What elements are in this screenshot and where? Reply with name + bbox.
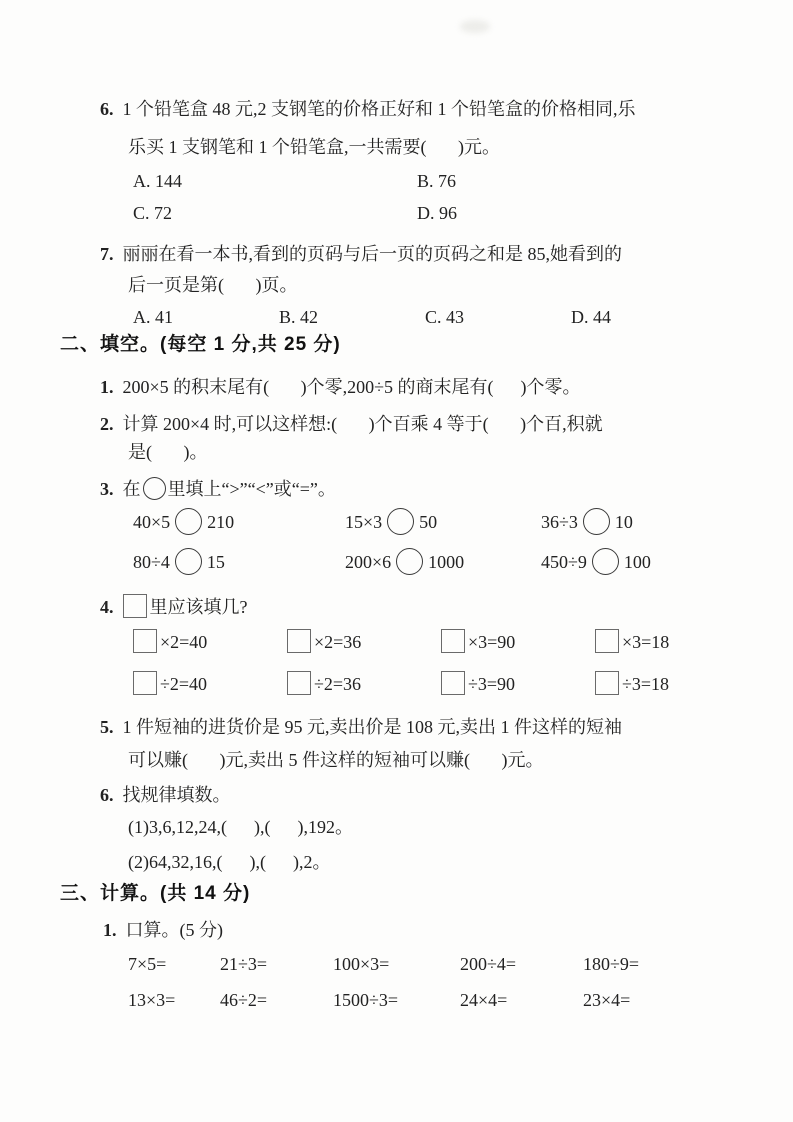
q6-number: 6. (100, 99, 114, 119)
s2q2-number: 2. (100, 414, 114, 434)
oral-equation: 1500÷3= (333, 986, 460, 1014)
scan-artifact (460, 20, 490, 33)
oral-equation: 180÷9= (583, 950, 639, 978)
oral-equation: 13×3= (128, 986, 220, 1014)
fill-equation: ÷3=90 (468, 674, 515, 694)
compare-item: 15×350 (345, 508, 541, 536)
blank-square-icon (123, 594, 147, 618)
q7-text1: 丽丽在看一本书,看到的页码与后一页的页码之和是 85,她看到的 (123, 244, 623, 264)
blank-square-icon (287, 629, 311, 653)
s2q5-line1: 5.1 件短袖的进货价是 95 元,卖出价是 108 元,卖出 1 件这样的短袖 (100, 713, 622, 741)
oral-equation: 7×5= (128, 950, 220, 978)
q6-option-a: A. 144 (133, 167, 417, 195)
compare-circle-icon (592, 548, 619, 575)
s2q5-number: 5. (100, 717, 114, 737)
oral-calc-row2: 13×3= 46÷2= 1500÷3= 24×4= 23×4= (128, 986, 630, 1014)
q6-option-b: B. 76 (417, 167, 456, 195)
compare-circle-icon (143, 477, 166, 500)
fill-item: ÷3=18 (595, 670, 749, 698)
s2q4-row1: ×2=40 ×2=36 ×3=90 ×3=18 (133, 628, 749, 656)
s2q1-line1: 1.200×5 的积末尾有( )个零,200÷5 的商末尾有( )个零。 (100, 373, 581, 401)
compare-left: 200×6 (345, 552, 391, 572)
s2q2-text1: 计算 200×4 时,可以这样想:( )个百乘 4 等于( )个百,积就 (123, 414, 603, 434)
fill-item: ÷2=40 (133, 670, 287, 698)
fill-equation: ×2=36 (314, 632, 361, 652)
oral-equation: 24×4= (460, 986, 583, 1014)
s2q6-number: 6. (100, 785, 114, 805)
fill-equation: ÷2=36 (314, 674, 361, 694)
compare-left: 450÷9 (541, 552, 587, 572)
q7-option-a: A. 41 (133, 303, 279, 331)
blank-square-icon (133, 629, 157, 653)
q7-option-d: D. 44 (571, 303, 717, 331)
fill-item: ÷3=90 (441, 670, 595, 698)
oral-equation: 46÷2= (220, 986, 333, 1014)
q6-text1: 1 个铅笔盒 48 元,2 支钢笔的价格正好和 1 个铅笔盒的价格相同,乐 (123, 99, 636, 119)
fill-item: ÷2=36 (287, 670, 441, 698)
compare-circle-icon (175, 548, 202, 575)
s2q3-head-post: 里填上“>”“<”或“=”。 (168, 479, 336, 499)
compare-item: 200×61000 (345, 548, 541, 576)
compare-circle-icon (396, 548, 423, 575)
compare-item: 40×5210 (133, 508, 345, 536)
s2q6-sub1: (1)3,6,12,24,( ),( ),192。 (128, 813, 353, 841)
q7-number: 7. (100, 244, 114, 264)
compare-item: 36÷310 (541, 508, 633, 536)
q6-line2: 乐买 1 支钢笔和 1 个铅笔盒,一共需要( )元。 (128, 133, 500, 161)
blank-square-icon (133, 671, 157, 695)
compare-right: 210 (207, 512, 234, 532)
q7-option-c: C. 43 (425, 303, 571, 331)
s2q3-head: 3.在里填上“>”“<”或“=”。 (100, 475, 336, 503)
section2-heading: 二、填空。(每空 1 分,共 25 分) (60, 331, 341, 359)
q6-line1: 6.1 个铅笔盒 48 元,2 支钢笔的价格正好和 1 个铅笔盒的价格相同,乐 (100, 95, 636, 123)
compare-item: 450÷9100 (541, 548, 651, 576)
compare-left: 40×5 (133, 512, 170, 532)
q6-option-c: C. 72 (133, 199, 417, 227)
s3q1-text: 口算。(5 分) (126, 920, 224, 940)
compare-circle-icon (583, 508, 610, 535)
s2q1-number: 1. (100, 377, 114, 397)
fill-equation: ×3=18 (622, 632, 669, 652)
oral-equation: 21÷3= (220, 950, 333, 978)
compare-circle-icon (175, 508, 202, 535)
s2q3-number: 3. (100, 479, 114, 499)
oral-equation: 200÷4= (460, 950, 583, 978)
s2q4-head-post: 里应该填几? (150, 597, 248, 617)
compare-circle-icon (387, 508, 414, 535)
compare-right: 100 (624, 552, 651, 572)
q6-options-row1: A. 144 B. 76 (133, 167, 456, 195)
compare-left: 36÷3 (541, 512, 578, 532)
s2q1-text: 200×5 的积末尾有( )个零,200÷5 的商末尾有( )个零。 (123, 377, 581, 397)
fill-item: ×3=90 (441, 628, 595, 656)
q7-line1: 7.丽丽在看一本书,看到的页码与后一页的页码之和是 85,她看到的 (100, 240, 622, 268)
s2q5-line2: 可以赚( )元,卖出 5 件这样的短袖可以赚( )元。 (128, 746, 543, 774)
fill-equation: ×2=40 (160, 632, 207, 652)
compare-right: 15 (207, 552, 225, 572)
blank-square-icon (595, 671, 619, 695)
compare-right: 10 (615, 512, 633, 532)
blank-square-icon (441, 629, 465, 653)
oral-calc-row1: 7×5= 21÷3= 100×3= 200÷4= 180÷9= (128, 950, 639, 978)
fill-equation: ×3=90 (468, 632, 515, 652)
compare-item: 80÷415 (133, 548, 345, 576)
section3-heading: 三、计算。(共 14 分) (60, 880, 250, 908)
blank-square-icon (287, 671, 311, 695)
s2q2-line1: 2.计算 200×4 时,可以这样想:( )个百乘 4 等于( )个百,积就 (100, 410, 603, 438)
s2q6-head: 6.找规律填数。 (100, 781, 231, 809)
worksheet-page: 6.1 个铅笔盒 48 元,2 支钢笔的价格正好和 1 个铅笔盒的价格相同,乐 … (0, 0, 793, 1122)
q7-line2: 后一页是第( )页。 (128, 271, 298, 299)
fill-item: ×2=36 (287, 628, 441, 656)
s2q3-head-pre: 在 (123, 479, 141, 499)
s2q4-number: 4. (100, 597, 114, 617)
s3q1-number: 1. (103, 920, 117, 940)
compare-left: 15×3 (345, 512, 382, 532)
q6-options-row2: C. 72 D. 96 (133, 199, 457, 227)
q7-option-b: B. 42 (279, 303, 425, 331)
compare-right: 1000 (428, 552, 464, 572)
s2q4-head: 4.里应该填几? (100, 593, 248, 621)
fill-equation: ÷2=40 (160, 674, 207, 694)
compare-right: 50 (419, 512, 437, 532)
q7-options-row: A. 41 B. 42 C. 43 D. 44 (133, 303, 717, 331)
blank-square-icon (595, 629, 619, 653)
s3q1-label: 1.口算。(5 分) (103, 916, 223, 944)
s2q3-row1: 40×5210 15×350 36÷310 (133, 508, 633, 536)
q6-option-d: D. 96 (417, 199, 457, 227)
fill-item: ×2=40 (133, 628, 287, 656)
s2q2-line2: 是( )。 (128, 438, 208, 466)
s2q3-row2: 80÷415 200×61000 450÷9100 (133, 548, 651, 576)
fill-item: ×3=18 (595, 628, 749, 656)
fill-equation: ÷3=18 (622, 674, 669, 694)
s2q4-row2: ÷2=40 ÷2=36 ÷3=90 ÷3=18 (133, 670, 749, 698)
oral-equation: 23×4= (583, 986, 630, 1014)
compare-left: 80÷4 (133, 552, 170, 572)
s2q5-text1: 1 件短袖的进货价是 95 元,卖出价是 108 元,卖出 1 件这样的短袖 (123, 717, 623, 737)
oral-equation: 100×3= (333, 950, 460, 978)
s2q6-sub2: (2)64,32,16,( ),( ),2。 (128, 848, 330, 876)
blank-square-icon (441, 671, 465, 695)
s2q6-text: 找规律填数。 (123, 785, 231, 805)
